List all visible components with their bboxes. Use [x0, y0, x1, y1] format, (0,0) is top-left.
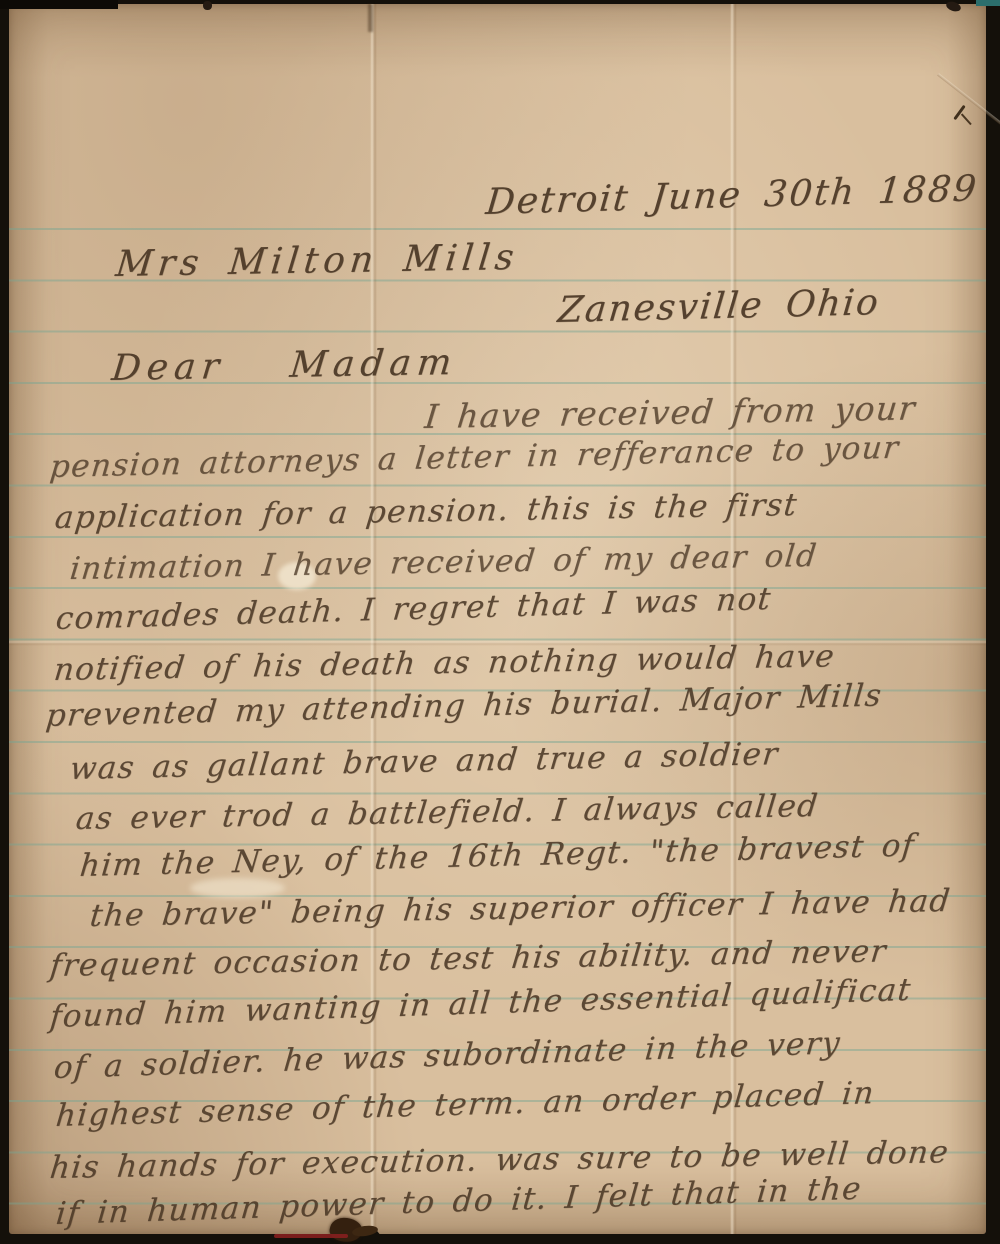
letter-scan-photo: Detroit June 30th 1889 Mrs Milton Mills … [0, 0, 1000, 1244]
background-sliver [976, 0, 1000, 6]
ink-speck-top-left [203, 1, 212, 10]
letter-salutation: Dear Madam [112, 342, 458, 389]
dark-border-patch [0, 0, 118, 9]
edge-notch [0, 146, 6, 161]
letter-recipient: Mrs Milton Mills [116, 237, 519, 285]
fold-crease-shadow [368, 4, 373, 32]
letter-recipient-place: Zanesville Ohio [557, 282, 880, 331]
red-edge-mark [274, 1234, 348, 1238]
